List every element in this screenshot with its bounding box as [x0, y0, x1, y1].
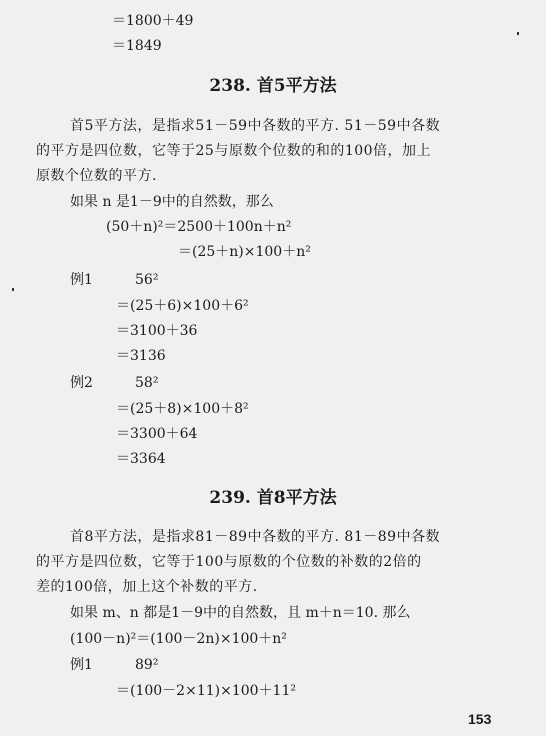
- continuation-line: ＝1849: [112, 37, 162, 55]
- paragraph-line: 的平方是四位数，它等于100与原数的个位数的补数的2倍的: [36, 553, 422, 571]
- example-label: 例2: [70, 374, 93, 392]
- example-problem: 58²: [135, 374, 158, 392]
- continuation-line: ＝1800＋49: [112, 12, 193, 30]
- paragraph-line: 首5平方法，是指求51－59中各数的平方. 51－59中各数: [70, 117, 440, 135]
- example-step: ＝(25＋6)×100＋6²: [116, 297, 249, 315]
- paragraph-line: 原数个位数的平方.: [36, 167, 157, 185]
- condition-text: 如果 n 是1－9中的自然数，那么: [70, 193, 274, 211]
- example-label: 例1: [70, 271, 93, 289]
- formula-line: (100－n)²＝(100－2n)×100＋n²: [70, 630, 287, 648]
- section-title-238: 238. 首5平方法: [0, 75, 546, 97]
- scan-speck: [517, 32, 519, 35]
- scan-speck: [12, 288, 14, 291]
- formula-line: ＝(25＋n)×100＋n²: [178, 243, 311, 261]
- example-step: ＝3364: [116, 450, 166, 468]
- condition-text: 如果 m、n 都是1－9中的自然数，且 m＋n＝10. 那么: [70, 604, 410, 622]
- paragraph-line: 首8平方法，是指求81－89中各数的平方. 81－89中各数: [70, 528, 440, 546]
- example-step: ＝3100＋36: [116, 322, 197, 340]
- page-number: 153: [468, 711, 491, 727]
- example-step: ＝(25＋8)×100＋8²: [116, 400, 249, 418]
- example-problem: 89²: [135, 656, 158, 674]
- section-title-239: 239. 首8平方法: [0, 487, 546, 509]
- example-problem: 56²: [135, 271, 158, 289]
- example-label: 例1: [70, 656, 93, 674]
- paragraph-line: 差的100倍，加上这个补数的平方.: [36, 578, 258, 596]
- example-step: ＝(100－2×11)×100＋11²: [116, 682, 296, 700]
- example-step: ＝3136: [116, 347, 166, 365]
- example-step: ＝3300＋64: [116, 425, 197, 443]
- paragraph-line: 的平方是四位数，它等于25与原数个位数的和的100倍，加上: [36, 142, 431, 160]
- formula-line: (50＋n)²＝2500＋100n＋n²: [106, 218, 291, 236]
